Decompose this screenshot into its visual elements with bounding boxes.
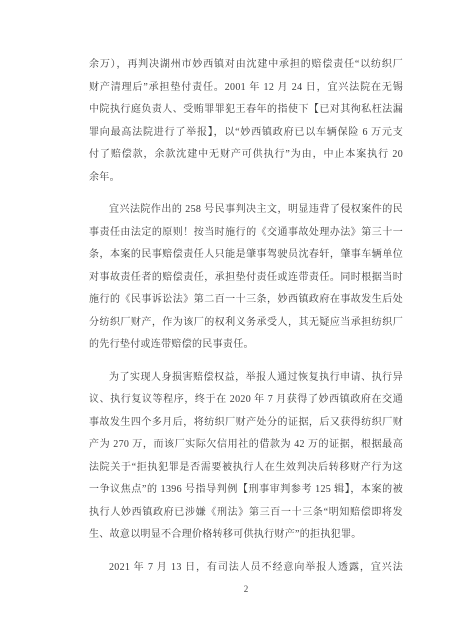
document-page: 余万），再判决湖州市妙西镇对由沈建中承担的赔偿责任“以纺织厂 财产清理后”承担垫… [0,0,452,639]
document-body: 余万），再判决湖州市妙西镇对由沈建中承担的赔偿责任“以纺织厂 财产清理后”承担垫… [89,54,403,579]
text-line: 中院执行庭负责人、受贿罪罪犯王春年的指使下【已对其徇私枉法漏 [89,99,403,122]
text-line: 事责任由法定的原则！按当时施行的《交通事故处理办法》第三十一 [89,222,403,245]
text-line: 议、执行复议等程序，终于在 2020 年 7 月获得了妙西镇政府在交通 [89,389,403,412]
text-line: 为了实现人身损害赔偿权益，举报人通过恢复执行申请、执行异 [89,367,403,390]
text-line: 事故发生四个多月后，将纺织厂财产处分的证据，后又获得纺织厂财 [89,412,403,435]
text-line: 宜兴法院作出的 258 号民事判决主文，明显违背了侵权案件的民 [89,199,403,222]
text-line: 余万），再判决湖州市妙西镇对由沈建中承担的赔偿责任“以纺织厂 [89,54,403,77]
text-line: 生、故意以明显不合理价格转移可供执行财产”的拒执犯罪。 [89,524,403,547]
text-line: 付了赔偿款，余款沈建中无财产可供执行”为由，中止本案执行 20 [89,144,403,167]
text-line: 的先行垫付或连带赔偿的民事责任。 [89,334,403,357]
text-line: 一争议焦点”的 1396 号指导判例【刑事审判参考 125 辑】，本案的被 [89,479,403,502]
paragraph-3: 为了实现人身损害赔偿权益，举报人通过恢复执行申请、执行异 议、执行复议等程序，终… [89,367,403,547]
paragraph-2: 宜兴法院作出的 258 号民事判决主文，明显违背了侵权案件的民 事责任由法定的原… [89,199,403,357]
text-line: 执行人妙西镇政府已涉嫌《刑法》第三百一十三条“明知赔偿即将发 [89,502,403,525]
text-line: 罪向最高法院进行了举报】，以“妙西镇政府已以车辆保险 6 万元支 [89,122,403,145]
text-line: 财产清理后”承担垫付责任。2001 年 12 月 24 日，宜兴法院在无锡 [89,77,403,100]
text-line: 对事故责任者的赔偿责任，承担垫付责任或连带责任。同时根据当时 [89,267,403,290]
text-line: 产为 270 万，而该厂实际欠信用社的借款为 42 万的证据，根据最高 [89,434,403,457]
text-line: 余年。 [89,167,403,190]
text-line: 法院关于“拒执犯罪是否需要被执行人在生效判决后转移财产行为这 [89,457,403,480]
paragraph-1: 余万），再判决湖州市妙西镇对由沈建中承担的赔偿责任“以纺织厂 财产清理后”承担垫… [89,54,403,189]
page-number: 2 [89,582,403,596]
text-line: 条，本案的民事赔偿责任人只能是肇事驾驶员沈春轩，肇事车辆单位 [89,244,403,267]
text-line: 分纺织厂财产，作为该厂的权利义务承受人，其无疑应当承担纺织厂 [89,312,403,335]
paragraph-4: 2021 年 7 月 13 日，有司法人员不经意向举报人透露，宜兴法 [89,557,403,580]
text-line: 2021 年 7 月 13 日，有司法人员不经意向举报人透露，宜兴法 [89,557,403,580]
text-line: 施行的《民事诉讼法》第二百一十三条，妙西镇政府在事故发生后处 [89,289,403,312]
